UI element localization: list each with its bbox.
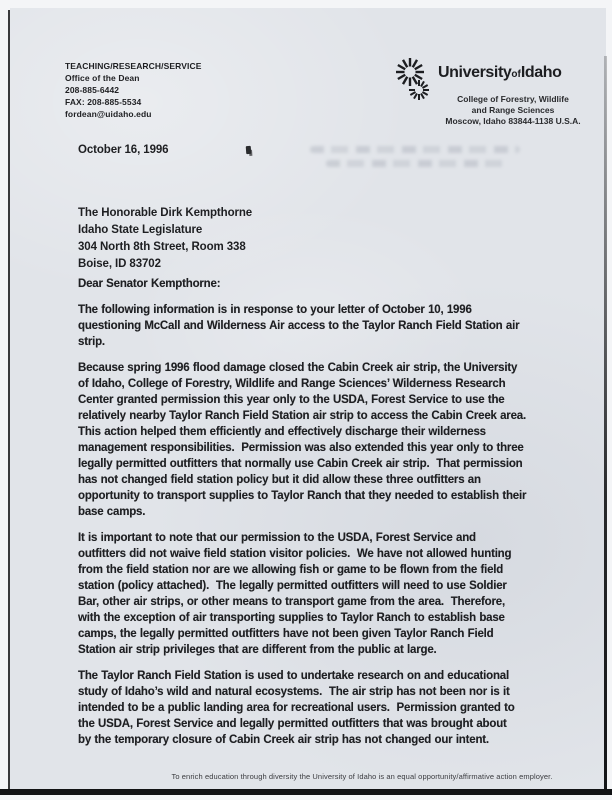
paragraph-4: The Taylor Ranch Field Station is used t… — [78, 668, 598, 748]
letter-date: October 16, 1996 — [78, 144, 168, 156]
bleed-through-smudge — [326, 160, 504, 167]
paragraph-1: The following information is in response… — [78, 302, 598, 350]
recipient-address-block: The Honorable Dirk Kempthorne Idaho Stat… — [78, 205, 252, 273]
scan-edge-right — [604, 56, 607, 792]
university-wordmark: UniversityofIdaho — [438, 64, 562, 82]
sunburst-logo-icon — [393, 54, 435, 109]
letterhead-contact-block: TEACHING/RESEARCH/SERVICE Office of the … — [65, 60, 201, 120]
bleed-through-smudge — [310, 146, 520, 153]
salutation: Dear Senator Kempthorne: — [78, 276, 598, 292]
scan-edge-left — [8, 10, 10, 790]
wordmark-of: of — [511, 69, 520, 80]
paragraph-2: Because spring 1996 flood damage closed … — [78, 360, 598, 520]
wordmark-university: University — [438, 64, 511, 81]
ink-mark — [246, 146, 252, 154]
letter-body: Dear Senator Kempthorne: The following i… — [78, 276, 598, 758]
equal-opportunity-footer: To enrich education through diversity th… — [132, 772, 592, 781]
letter-paper: TEACHING/RESEARCH/SERVICE Office of the … — [10, 8, 606, 792]
wordmark-idaho: Idaho — [521, 64, 562, 81]
scanned-letter-page: TEACHING/RESEARCH/SERVICE Office of the … — [0, 0, 612, 800]
scan-edge-bottom — [0, 789, 612, 795]
college-address-block: College of Forestry, Wildlife and Range … — [433, 94, 593, 127]
paragraph-3: It is important to note that our permiss… — [78, 530, 598, 658]
letterhead-university-block: UniversityofIdaho College of Forestry, W… — [393, 52, 603, 109]
